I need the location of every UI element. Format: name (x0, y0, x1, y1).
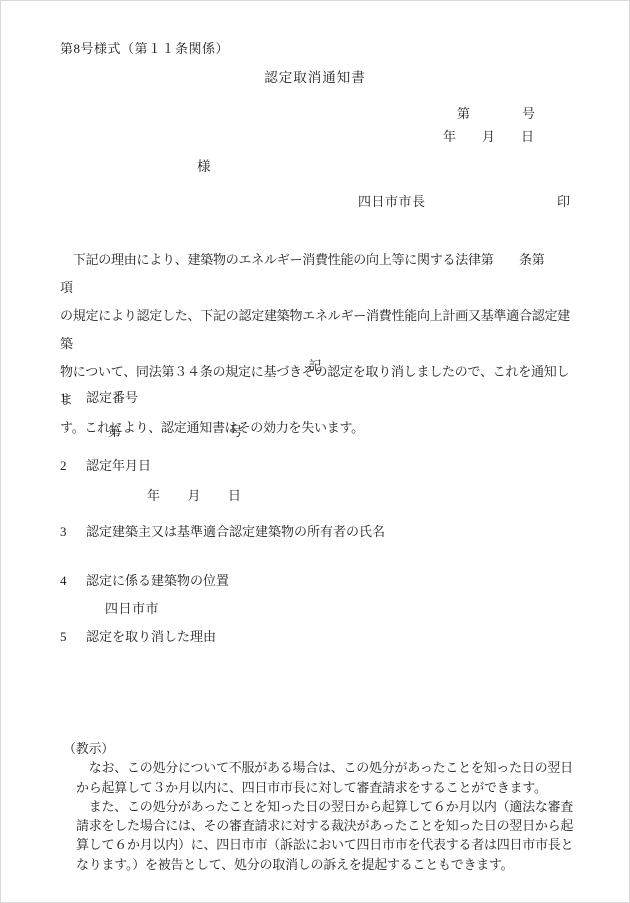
item-4-label: 認定に係る建築物の位置 (86, 573, 229, 588)
item-1-row: 1認定番号 (60, 388, 138, 408)
item-3-label: 認定建築主又は基準適合認定建築物の所有者の氏名 (86, 524, 385, 539)
document-number-blank: 第 号 (457, 104, 535, 124)
form-number: 第8号様式（第１１条関係） (60, 39, 229, 59)
item-2-number: 2 (60, 456, 86, 476)
appeal-notice-heading: （教示） (63, 739, 575, 758)
item-4-value: 四日市市 (105, 599, 159, 619)
item-5-row: 5認定を取り消した理由 (60, 627, 216, 647)
document-page: 第8号様式（第１１条関係） 認定取消通知書 第 号 年 月 日 様 四日市市長 … (0, 0, 630, 903)
item-3-row: 3認定建築主又は基準適合認定建築物の所有者の氏名 (60, 522, 385, 542)
issuer-row: 四日市市長 印 (1, 192, 629, 212)
item-2-label: 認定年月日 (86, 458, 151, 473)
document-date-blank: 年 月 日 (443, 127, 534, 147)
item-2-row: 2認定年月日 (60, 456, 151, 476)
item-1-number: 1 (60, 388, 86, 408)
item-4-number: 4 (60, 571, 86, 591)
body-paragraph: 下記の理由により、建築物のエネルギー消費性能の向上等に関する法律第 条第 項 の… (60, 246, 576, 442)
item-5-label: 認定を取り消した理由 (86, 629, 216, 644)
item-2-value-blank: 年 月 日 (147, 486, 242, 506)
addressee-honorific: 様 (197, 157, 211, 177)
seal-mark: 印 (557, 192, 570, 212)
issuer-name: 四日市市長 (358, 192, 426, 212)
ki-heading: 記 (1, 356, 629, 376)
item-1-label: 認定番号 (86, 390, 138, 405)
appeal-notice: （教示） なお、この処分について不服がある場合は、この処分があったことを知った日… (63, 739, 575, 874)
appeal-notice-body: なお、この処分について不服がある場合は、この処分があったことを知った日の翌日 か… (63, 758, 575, 874)
item-5-number: 5 (60, 627, 86, 647)
item-1-value-blank: 第 号 (108, 422, 243, 442)
item-3-number: 3 (60, 522, 86, 542)
document-title: 認定取消通知書 (1, 68, 629, 88)
item-4-row: 4認定に係る建築物の位置 (60, 571, 229, 591)
